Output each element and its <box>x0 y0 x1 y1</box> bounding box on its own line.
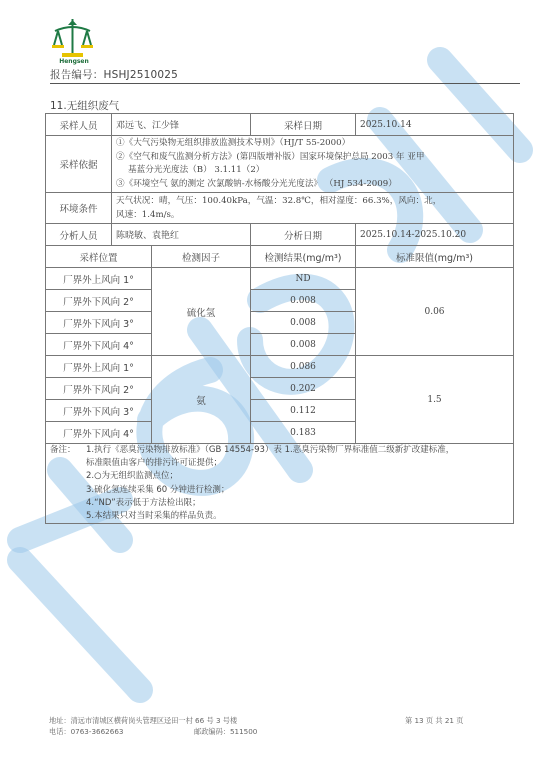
report-number-value: HSHJ2510025 <box>104 69 179 81</box>
footer-address: 地址：清远市清城区横荷岗头管理区迳田一村 66 号 3 号楼 <box>49 716 237 725</box>
note-line-6: 5.本结果只对当时采集的样品负责。 <box>50 510 509 523</box>
sample-location: 厂界外下风向 2° <box>46 378 152 400</box>
analysis-date-label: 分析日期 <box>251 224 356 246</box>
result-value: 0.183 <box>251 422 356 444</box>
report-page: Hengsen 报告编号：HSHJ2510025 11.无组织废气 采样人员 邓… <box>0 0 546 771</box>
environment-value: 天气状况：晴，气压：100.40kPa，气温：32.8℃，相对湿度：66.3%，… <box>112 193 514 224</box>
sampler-label: 采样人员 <box>46 114 112 136</box>
sample-location: 厂界外下风向 4° <box>46 334 152 356</box>
logo-text: Hengsen <box>52 58 96 65</box>
sample-location: 厂界外下风向 4° <box>46 422 152 444</box>
basis-line-2: ②《空气和废气监测分析方法》(第四版增补版）国家环境保护总局 2003 年 亚甲 <box>116 151 509 165</box>
result-value: 0.112 <box>251 400 356 422</box>
environment-line-1: 天气状况：晴，气压：100.40kPa，气温：32.8℃，相对湿度：66.3%，… <box>116 194 509 208</box>
unorganized-emission-table: 采样人员 邓远飞、江少锋 采样日期 2025.10.14 采样依据 ①《大气污染… <box>45 113 514 524</box>
result-value: 0.086 <box>251 356 356 378</box>
sample-location: 厂界外上风向 1° <box>46 268 152 290</box>
basis-value: ①《大气污染物无组织排放监测技术导则》（HJ/T 55-2000） ②《空气和废… <box>112 136 514 193</box>
result-value: 0.008 <box>251 334 356 356</box>
result-value: 0.008 <box>251 312 356 334</box>
analysis-date-value: 2025.10.14-2025.10.20 <box>356 224 514 246</box>
basis-label: 采样依据 <box>46 136 112 193</box>
results-header-row: 采样位置 检测因子 检测结果(mg/m³) 标准限值(mg/m³) <box>46 246 514 268</box>
sampler-row: 采样人员 邓远飞、江少锋 采样日期 2025.10.14 <box>46 114 514 136</box>
factor-nh3: 氨 <box>152 356 251 444</box>
footer-phone: 电话：0763-3662663 <box>49 727 123 736</box>
basis-line-1: ①《大气污染物无组织排放监测技术导则》（HJ/T 55-2000） <box>116 137 509 151</box>
sampler-value: 邓远飞、江少锋 <box>112 114 251 136</box>
sample-location: 厂界外下风向 3° <box>46 312 152 334</box>
basis-line-4: ③《环境空气 氨的测定 次氯酸钠-水杨酸分光光度法》 （HJ 534-2009） <box>116 178 509 192</box>
header-limit: 标准限值(mg/m³) <box>356 246 514 268</box>
result-value: 0.202 <box>251 378 356 400</box>
table-row: 厂界外上风向 1° 氨 0.086 1.5 <box>46 356 514 378</box>
footer-postcode: 邮政编码：511500 <box>194 726 257 737</box>
environment-row: 环境条件 天气状况：晴，气压：100.40kPa，气温：32.8℃，相对湿度：6… <box>46 193 514 224</box>
note-line-2: 标准限值由客户的排污许可证提供； <box>50 457 509 470</box>
header-location: 采样位置 <box>46 246 152 268</box>
note-line-5: 4.“ND”表示低于方法检出限； <box>50 497 509 510</box>
analyst-row: 分析人员 陈晓敏、袁艳红 分析日期 2025.10.14-2025.10.20 <box>46 224 514 246</box>
analyst-value: 陈晓敏、袁艳红 <box>112 224 251 246</box>
environment-line-2: 风速：1.4m/s。 <box>116 208 509 222</box>
footer-row-2: 电话：0763-3662663 邮政编码：511500 <box>49 726 519 737</box>
footer-page-info: 第 13 页 共 21 页 <box>405 715 463 726</box>
factor-h2s: 硫化氢 <box>152 268 251 356</box>
note-line-4: 3.硫化氢连续采集 60 分钟进行检测； <box>50 484 509 497</box>
basis-row: 采样依据 ①《大气污染物无组织排放监测技术导则》（HJ/T 55-2000） ②… <box>46 136 514 193</box>
basis-line-3: 基蓝分光光度法（B） 3.1.11（2） <box>116 164 509 178</box>
note-line-3: 2.○为无组织监测点位； <box>50 470 509 483</box>
notes-cell: 备注：1.执行《恶臭污染物排放标准》（GB 14554-93）表 1.恶臭污染物… <box>46 444 514 524</box>
environment-label: 环境条件 <box>46 193 112 224</box>
result-value: 0.008 <box>251 290 356 312</box>
report-number: 报告编号：HSHJ2510025 <box>50 67 520 84</box>
limit-h2s: 0.06 <box>356 268 514 356</box>
sample-location: 厂界外上风向 1° <box>46 356 152 378</box>
sample-location: 厂界外下风向 2° <box>46 290 152 312</box>
sample-location: 厂界外下风向 3° <box>46 400 152 422</box>
table-row: 厂界外上风向 1° 硫化氢 ND 0.06 <box>46 268 514 290</box>
page-footer: 地址：清远市清城区横荷岗头管理区迳田一村 66 号 3 号楼 第 13 页 共 … <box>49 715 519 737</box>
sample-date-label: 采样日期 <box>251 114 356 136</box>
notes-label: 备注： <box>50 444 86 457</box>
section-title: 11.无组织废气 <box>50 98 119 113</box>
analyst-label: 分析人员 <box>46 224 112 246</box>
footer-row-1: 地址：清远市清城区横荷岗头管理区迳田一村 66 号 3 号楼 第 13 页 共 … <box>49 715 519 726</box>
header-result: 检测结果(mg/m³) <box>251 246 356 268</box>
result-value: ND <box>251 268 356 290</box>
report-number-label: 报告编号： <box>50 69 104 81</box>
notes-row: 备注：1.执行《恶臭污染物排放标准》（GB 14554-93）表 1.恶臭污染物… <box>46 444 514 524</box>
header-factor: 检测因子 <box>152 246 251 268</box>
sample-date-value: 2025.10.14 <box>356 114 514 136</box>
limit-nh3: 1.5 <box>356 356 514 444</box>
note-line-1: 备注：1.执行《恶臭污染物排放标准》（GB 14554-93）表 1.恶臭污染物… <box>50 444 509 457</box>
